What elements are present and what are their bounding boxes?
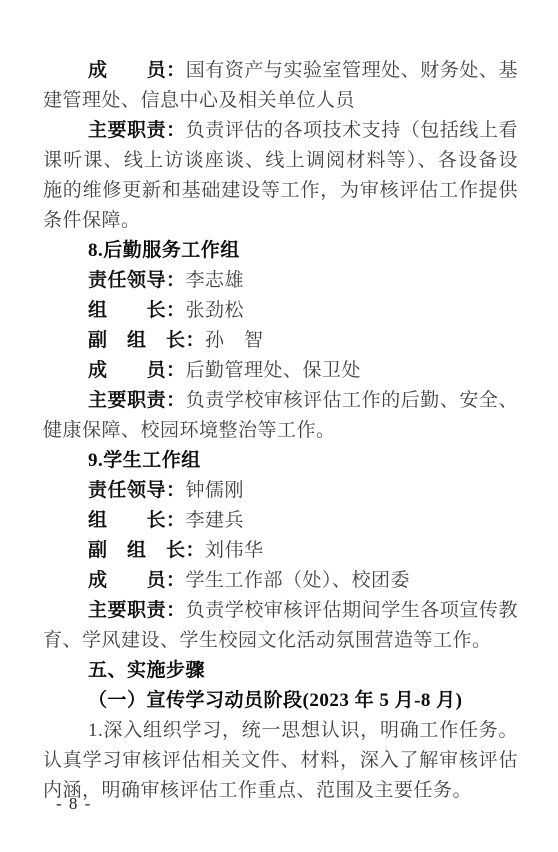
student-head-row: 组 长：李建兵 (43, 506, 518, 536)
members-label: 成 员： (88, 570, 186, 591)
head-value: 李建兵 (186, 510, 245, 531)
members-label: 成 员： (88, 360, 186, 381)
head-label: 组 长： (88, 510, 186, 531)
document-body: 成 员：国有资产与实验室管理处、财务处、基建管理处、信息中心及相关单位人员 主要… (43, 56, 518, 806)
student-leader-row: 责任领导：钟儒刚 (43, 476, 518, 506)
head-label: 组 长： (88, 300, 186, 321)
tech-group-members-paragraph: 成 员：国有资产与实验室管理处、财务处、基建管理处、信息中心及相关单位人员 (43, 56, 518, 116)
logistics-head-row: 组 长：张劲松 (43, 296, 518, 326)
deputy-label: 副 组 长： (88, 330, 205, 351)
stage1-heading: （一）宣传学习动员阶段(2023 年 5 月-8 月) (43, 686, 518, 716)
deputy-label: 副 组 长： (88, 540, 205, 561)
tech-group-duties-paragraph: 主要职责：负责评估的各项技术支持（包括线上看课听课、线上访谈座谈、线上调阅材料等… (43, 116, 518, 236)
student-deputy-row: 副 组 长：刘伟华 (43, 536, 518, 566)
logistics-members-row: 成 员：后勤管理处、保卫处 (43, 356, 518, 386)
logistics-duties-paragraph: 主要职责：负责学校审核评估工作的后勤、安全、健康保障、校园环境整治等工作。 (43, 386, 518, 446)
logistics-leader-row: 责任领导：李志雄 (43, 266, 518, 296)
leader-value: 李志雄 (186, 270, 245, 291)
leader-label: 责任领导： (88, 270, 186, 291)
duties-label: 主要职责： (88, 390, 186, 411)
head-value: 张劲松 (186, 300, 245, 321)
deputy-value: 刘伟华 (205, 540, 264, 561)
student-members-row: 成 员：学生工作部（处）、校团委 (43, 566, 518, 596)
student-duties-paragraph: 主要职责：负责学校审核评估期间学生各项宣传教育、学风建设、学生校园文化活动氛围营… (43, 596, 518, 656)
members-value: 后勤管理处、保卫处 (186, 360, 362, 381)
document-page: 成 员：国有资产与实验室管理处、财务处、基建管理处、信息中心及相关单位人员 主要… (0, 0, 558, 852)
leader-value: 钟儒刚 (186, 480, 245, 501)
leader-label: 责任领导： (88, 480, 186, 501)
page-number: - 8 - (56, 794, 92, 814)
chapter-heading-implementation-steps: 五、实施步骤 (43, 656, 518, 686)
logistics-deputy-row: 副 组 长：孙 智 (43, 326, 518, 356)
members-label: 成 员： (88, 60, 186, 81)
members-value: 学生工作部（处）、校团委 (186, 570, 411, 591)
stage1-paragraph: 1.深入组织学习，统一思想认识，明确工作任务。认真学习审核评估相关文件、材料，深… (43, 716, 518, 806)
duties-label: 主要职责： (88, 120, 186, 141)
deputy-value: 孙 智 (205, 330, 264, 351)
stage1-text: 1.深入组织学习，统一思想认识，明确工作任务。认真学习审核评估相关文件、材料，深… (43, 720, 518, 801)
section-heading-student-group: 9.学生工作组 (43, 446, 518, 476)
duties-label: 主要职责： (88, 600, 186, 621)
section-heading-logistics-group: 8.后勤服务工作组 (43, 236, 518, 266)
